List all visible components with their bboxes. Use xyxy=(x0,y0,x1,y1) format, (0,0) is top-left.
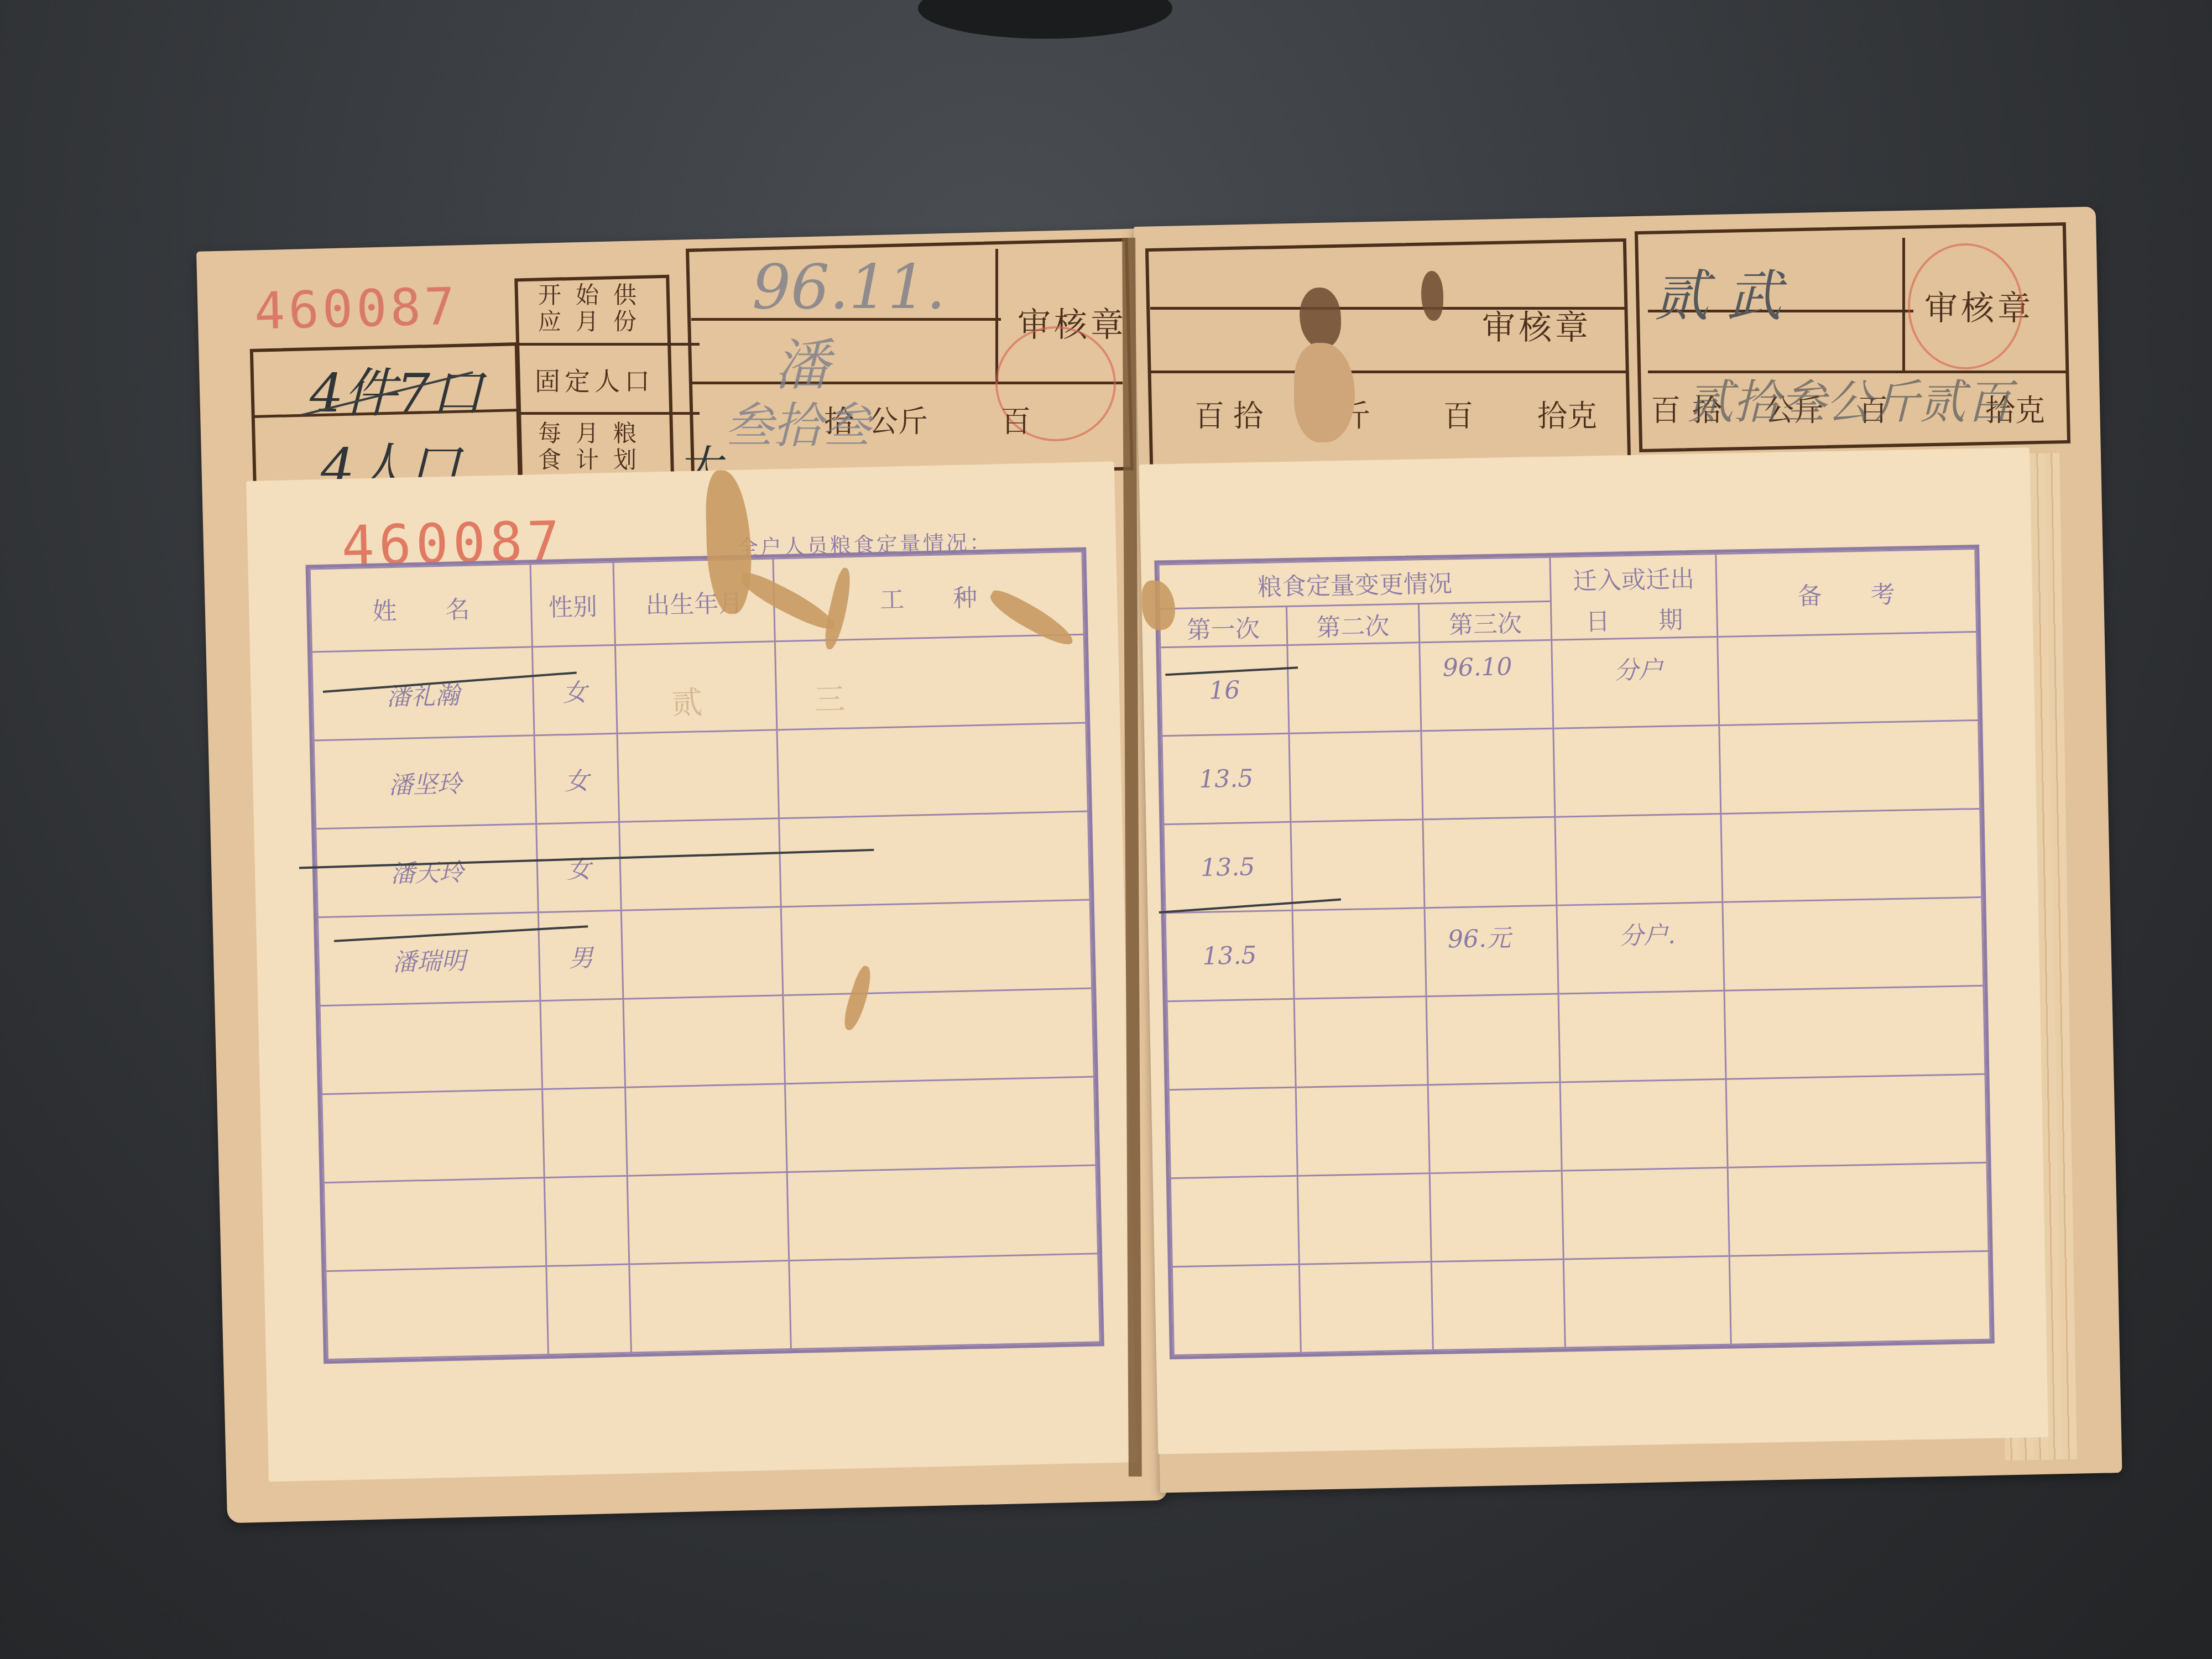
ration-first: 13.5 xyxy=(1165,910,1294,1001)
member-row: 潘礼瀚 女 xyxy=(312,634,1086,740)
ration-second xyxy=(1292,908,1426,999)
ration-third xyxy=(1430,1171,1563,1262)
member-row xyxy=(324,1165,1098,1271)
member-name xyxy=(326,1266,549,1360)
ration-row xyxy=(1167,985,1985,1089)
ration-first xyxy=(1170,1176,1299,1266)
member-birth xyxy=(617,730,779,822)
member-name: 潘天玲 xyxy=(316,824,539,917)
coupon-3-col-line xyxy=(1902,238,1905,371)
member-row: 潘瑞明 男 xyxy=(317,900,1092,1006)
move-note: 分户 xyxy=(1614,650,1663,686)
ration-date xyxy=(1558,990,1726,1082)
col-sex: 性别 xyxy=(530,562,615,646)
ration-first xyxy=(1168,1087,1297,1178)
header-third: 第三次 xyxy=(1418,601,1552,643)
member-occupation xyxy=(787,1165,1098,1261)
ration-row: 13.5 xyxy=(1164,808,1982,912)
member-occupation xyxy=(789,1254,1100,1349)
member-name xyxy=(324,1178,546,1271)
header-second: 第二次 xyxy=(1286,604,1420,645)
ration-remarks xyxy=(1723,897,1984,990)
move-note: 分户. xyxy=(1619,915,1676,952)
ration-third xyxy=(1426,994,1560,1085)
member-row: 潘坚玲 女 xyxy=(314,723,1088,829)
member-birth xyxy=(625,1084,787,1176)
ration-first: 13.5 xyxy=(1164,822,1292,912)
label-monthly-plan: 每月粮食计划 xyxy=(525,420,664,473)
label-divider-2 xyxy=(517,412,700,415)
member-birth xyxy=(619,818,781,911)
member-occupation xyxy=(785,1077,1096,1172)
member-sex xyxy=(546,1264,631,1354)
header-move-in-out: 迁入或迁出 xyxy=(1550,554,1717,602)
coupon-3-unit-bai: 百 xyxy=(1651,387,1681,430)
ration-remarks xyxy=(1719,720,1980,813)
member-sex: 男 xyxy=(539,910,623,1000)
ration-date xyxy=(1562,1167,1730,1259)
ration-third xyxy=(1423,817,1557,908)
label-fixed-population: 固定人口 xyxy=(525,365,664,397)
ration-date xyxy=(1553,725,1721,817)
ration-second xyxy=(1288,731,1422,822)
member-birth xyxy=(629,1261,791,1353)
coupon-1-col-line xyxy=(995,249,998,384)
members-table: 姓 名 性别 出生年月 工 种 潘礼瀚 女 潘坚玲 女 潘天玲 女 xyxy=(309,551,1101,1360)
ration-remarks xyxy=(1728,1162,1989,1256)
coupon-3-signature: 贰 武 xyxy=(1653,252,1782,331)
member-birth xyxy=(621,907,783,999)
coupon-2-row-line xyxy=(1150,371,1626,373)
ration-row: 13.5 xyxy=(1162,720,1980,824)
label-start-month: 开始供应月份 xyxy=(525,282,664,335)
coupon-1-date: 96.11. xyxy=(752,252,946,322)
ration-second xyxy=(1291,820,1425,911)
ration-table-header-top: 粮食定量变更情况 迁入或迁出 备 考 xyxy=(1159,549,1976,609)
ration-second xyxy=(1297,1173,1431,1265)
ration-second xyxy=(1294,997,1428,1088)
member-row xyxy=(320,988,1094,1094)
page-ration-changes: 粮食定量变更情况 迁入或迁出 备 考 第一次 第二次 第三次 日 期 16 96… xyxy=(1139,447,2048,1454)
member-sex xyxy=(544,1176,629,1266)
coupon-1-amount-hand: 叁拾叁 xyxy=(724,387,870,457)
ration-second xyxy=(1287,643,1421,734)
ration-date xyxy=(1555,813,1723,905)
coupon-2-unit-shike: 拾克 xyxy=(1537,393,1597,435)
ration-third xyxy=(1421,728,1555,820)
coupon-3-red-stamp xyxy=(1908,243,2023,369)
member-birth xyxy=(627,1172,789,1265)
ration-row xyxy=(1170,1162,1989,1266)
ration-row xyxy=(1172,1251,1990,1355)
member-name xyxy=(320,1001,542,1094)
ration-remarks xyxy=(1729,1251,1990,1344)
coupon-1-unit-bai: 百 xyxy=(1001,398,1031,441)
coupon-1-unit-gongjin: 公斤 xyxy=(868,398,928,441)
member-sex xyxy=(542,1087,627,1177)
ration-second xyxy=(1296,1085,1430,1176)
coupon-2-stamp-label: 审核章 xyxy=(1482,301,1592,349)
member-occupation xyxy=(783,988,1094,1084)
move-date: 96.元 xyxy=(1447,918,1511,954)
header-date: 日 期 xyxy=(1551,598,1718,640)
ration-remarks xyxy=(1721,808,1982,902)
insect-damage-hole xyxy=(1421,271,1443,321)
header-remarks: 备 考 xyxy=(1716,549,1977,637)
coupon-3-amount-hand: 贰拾叁公斤贰百 xyxy=(1687,365,2012,432)
ration-date xyxy=(1564,1256,1731,1348)
ration-first xyxy=(1167,999,1296,1089)
ration-remarks xyxy=(1718,632,1979,725)
col-name: 姓 名 xyxy=(310,564,533,652)
header-ration-changes: 粮食定量变更情况 xyxy=(1159,557,1551,609)
member-row xyxy=(326,1254,1100,1360)
ration-row xyxy=(1168,1074,1987,1178)
ration-remarks xyxy=(1726,1074,1987,1167)
member-name xyxy=(322,1089,545,1183)
ration-date xyxy=(1561,1079,1728,1171)
ration-third xyxy=(1428,1082,1562,1173)
ration-row: 13.5 96.元 分户. xyxy=(1165,897,1984,1001)
ration-first xyxy=(1172,1264,1301,1355)
ration-row: 16 96.10 分户 xyxy=(1160,632,1979,735)
member-name: 潘坚玲 xyxy=(314,735,536,829)
move-date: 96.10 xyxy=(1442,653,1512,682)
coupon-2-unit-bai2: 百 xyxy=(1443,393,1473,435)
coupon-2-unit-shi: 拾 xyxy=(1233,393,1263,435)
ration-booklet: 460087 开始供应月份 固定人口 每月粮食计划 4件7口 4人口 大 审核章… xyxy=(0,0,2212,1659)
hand-population-struck: 4件7口 xyxy=(310,351,483,427)
ration-second xyxy=(1299,1262,1433,1353)
member-sex: 女 xyxy=(533,645,617,735)
member-birth xyxy=(623,995,785,1088)
member-birth xyxy=(615,641,777,734)
member-sex: 女 xyxy=(536,822,621,912)
member-row xyxy=(322,1077,1096,1183)
header-first: 第一次 xyxy=(1160,606,1287,647)
member-name: 潘礼瀚 xyxy=(312,647,535,740)
member-occupation xyxy=(779,811,1090,907)
member-occupation xyxy=(781,900,1092,995)
stub-serial-number: 460087 xyxy=(254,277,459,341)
member-occupation xyxy=(777,723,1088,818)
ration-first: 13.5 xyxy=(1162,733,1291,824)
ration-first: 16 xyxy=(1160,645,1289,735)
member-sex: 女 xyxy=(534,733,619,823)
member-occupation xyxy=(775,634,1086,730)
coupon-2-unit-bai: 百 xyxy=(1194,393,1224,435)
ration-third xyxy=(1431,1259,1565,1350)
page-household-members: 460087 全户人员粮食定量情况： 贰 三 姓 名 性别 出生年月 工 种 潘… xyxy=(246,461,1137,1481)
ration-date: 96.10 分户 xyxy=(1552,637,1719,728)
ration-date: 96.元 分户. xyxy=(1557,902,1724,994)
ration-remarks xyxy=(1724,985,1985,1079)
label-divider-1 xyxy=(517,343,700,346)
member-sex xyxy=(540,999,625,1089)
member-name: 潘瑞明 xyxy=(317,912,540,1006)
